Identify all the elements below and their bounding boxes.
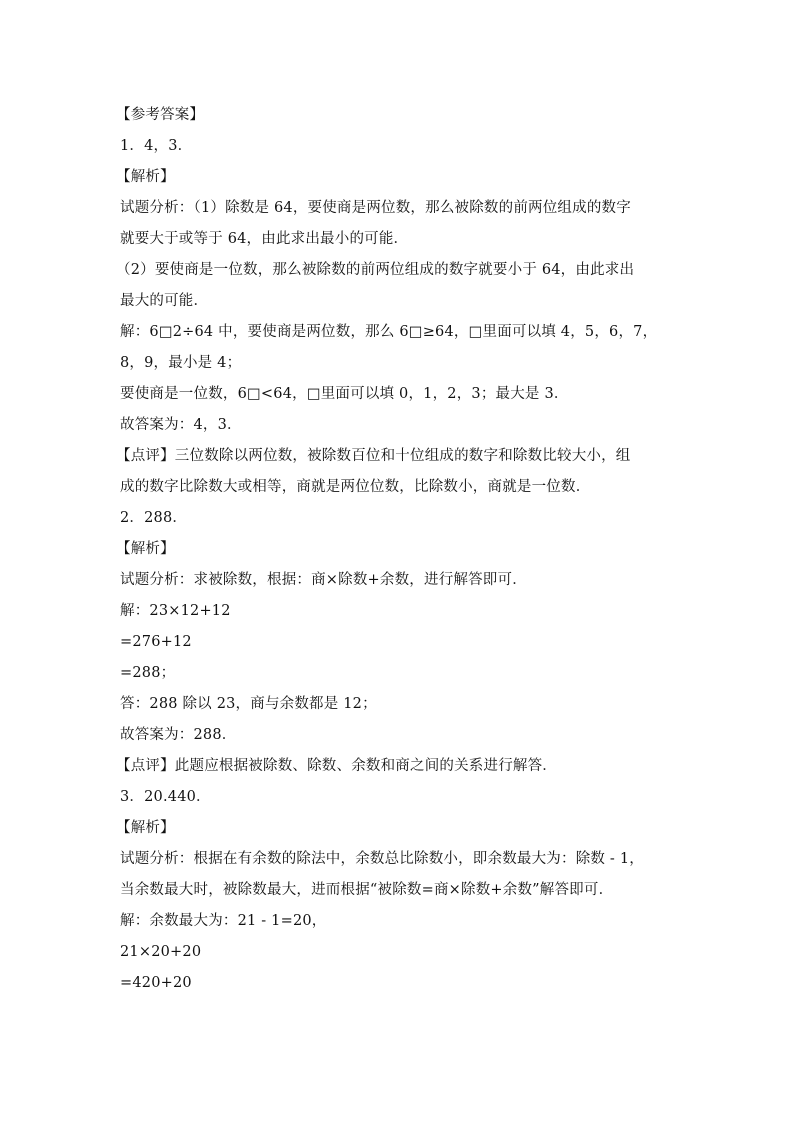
text-line: 试题分析：（1）除数是 64，要使商是两位数，那么被除数的前两位组成的数字 — [120, 193, 676, 224]
text-line: 要使商是一位数，6□<64，□里面可以填 0，1，2，3；最大是 3． — [120, 379, 676, 410]
text-line: =276+12 — [120, 627, 676, 658]
text-line: （2）要使商是一位数，那么被除数的前两位组成的数字就要小于 64，由此求出 — [116, 255, 676, 286]
text-line: 21×20+20 — [120, 937, 676, 968]
text-line: 就要大于或等于 64，由此求出最小的可能． — [120, 224, 676, 255]
section-heading-analysis: 【解析】 — [116, 813, 676, 844]
text-line: 解：6□2÷64 中，要使商是两位数，那么 6□≥64，□里面可以填 4，5，6… — [120, 317, 676, 348]
text-line: 故答案为：288． — [120, 720, 676, 751]
comment-line: 【点评】此题应根据被除数、除数、余数和商之间的关系进行解答． — [116, 751, 676, 782]
text-line: =288； — [120, 658, 676, 689]
answer-1: 1．4，3． — [120, 131, 676, 162]
text-line: 试题分析：求被除数，根据：商×除数+余数，进行解答即可． — [120, 565, 676, 596]
answer-3: 3．20.440． — [120, 782, 676, 813]
text-line: 8，9，最小是 4； — [120, 348, 676, 379]
text-line: 解：余数最大为：21 - 1=20， — [120, 906, 676, 937]
answer-2: 2．288． — [120, 503, 676, 534]
document-page: 【参考答案】 1．4，3． 【解析】 试题分析：（1）除数是 64，要使商是两位… — [120, 100, 676, 999]
text-line: 解：23×12+12 — [120, 596, 676, 627]
comment-line: 【点评】三位数除以两位数，被除数百位和十位组成的数字和除数比较大小，组 — [116, 441, 676, 472]
text-line: 成的数字比除数大或相等，商就是两位位数，比除数小，商就是一位数． — [120, 472, 676, 503]
section-heading-analysis: 【解析】 — [116, 534, 676, 565]
section-heading-analysis: 【解析】 — [116, 162, 676, 193]
section-heading-reference-answer: 【参考答案】 — [116, 100, 676, 131]
text-line: 最大的可能． — [120, 286, 676, 317]
text-line: 故答案为：4，3． — [120, 410, 676, 441]
text-line: =420+20 — [120, 968, 676, 999]
text-line: 试题分析：根据在有余数的除法中，余数总比除数小，即余数最大为：除数 - 1， — [120, 844, 676, 875]
text-line: 当余数最大时，被除数最大，进而根据“被除数=商×除数+余数”解答即可． — [120, 875, 676, 906]
text-line: 答：288 除以 23，商与余数都是 12； — [120, 689, 676, 720]
